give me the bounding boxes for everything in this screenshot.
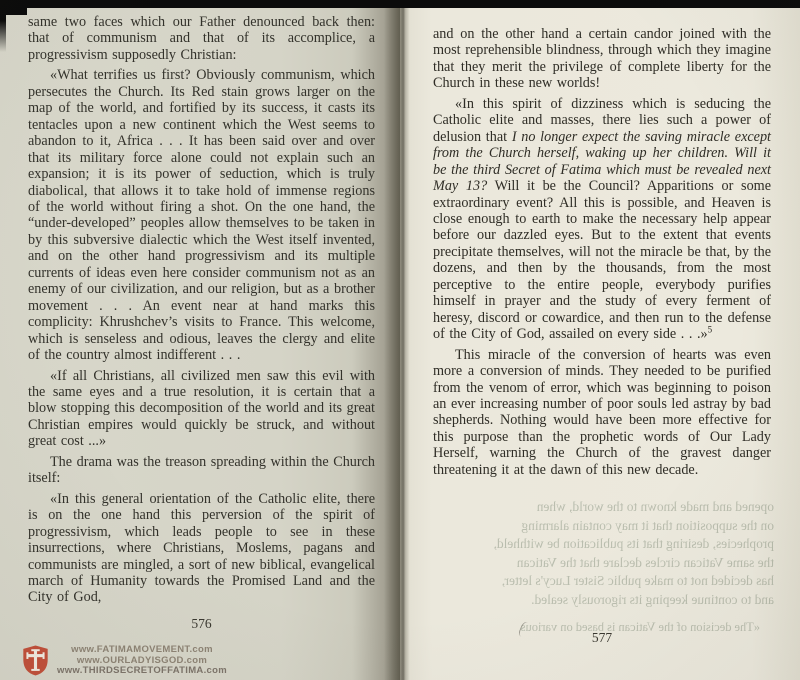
- ghost-line: opened and made known to the world, when: [430, 498, 774, 517]
- watermark-links: www.FATIMAMOVEMENT.com www.OURLADYISGOD.…: [57, 645, 227, 677]
- scan-edge-top: [0, 0, 800, 8]
- right-page-text: and on the other hand a certain candor j…: [433, 26, 771, 482]
- ghost-line: the same Vatican circles declare that th…: [430, 554, 774, 573]
- ghost-line: on the supposition that it may contain a…: [430, 517, 774, 536]
- paragraph: «If all Christians, all civilized men sa…: [28, 368, 375, 450]
- paragraph: «In this spirit of dizziness which is se…: [433, 96, 771, 343]
- paragraph: This miracle of the conversion of hearts…: [433, 347, 771, 479]
- book-gutter-shadow: [384, 8, 414, 680]
- paragraph: «What terrifies us first? Obviously comm…: [28, 67, 375, 363]
- ghost-line: and to continue keeping its rigorously s…: [430, 591, 774, 610]
- paragraph: and on the other hand a certain candor j…: [433, 26, 771, 92]
- page-number-left: 576: [28, 616, 375, 632]
- watermark: www.FATIMAMOVEMENT.com www.OURLADYISGOD.…: [22, 645, 227, 677]
- fatima-shield-logo: [22, 645, 49, 676]
- bleed-through-text: opened and made known to the world, when…: [430, 498, 774, 636]
- paragraph: «In this general orientation of the Cath…: [28, 491, 375, 606]
- left-page-text: same two faces which our Father denounce…: [28, 14, 375, 610]
- ghost-line: has decided not to make public Sister Lu…: [430, 572, 774, 591]
- paragraph: same two faces which our Father denounce…: [28, 14, 375, 63]
- book-scan: same two faces which our Father denounce…: [0, 0, 800, 680]
- page-number-right: 577: [433, 630, 771, 646]
- scan-edge-left: [0, 0, 6, 52]
- watermark-link: www.THIRDSECRETOFFATIMA.com: [57, 666, 227, 677]
- ghost-line: prophecies, desiring that its publicatio…: [430, 535, 774, 554]
- paragraph: The drama was the treason spreading with…: [28, 454, 375, 487]
- watermark-link: www.FATIMAMOVEMENT.com: [71, 645, 213, 656]
